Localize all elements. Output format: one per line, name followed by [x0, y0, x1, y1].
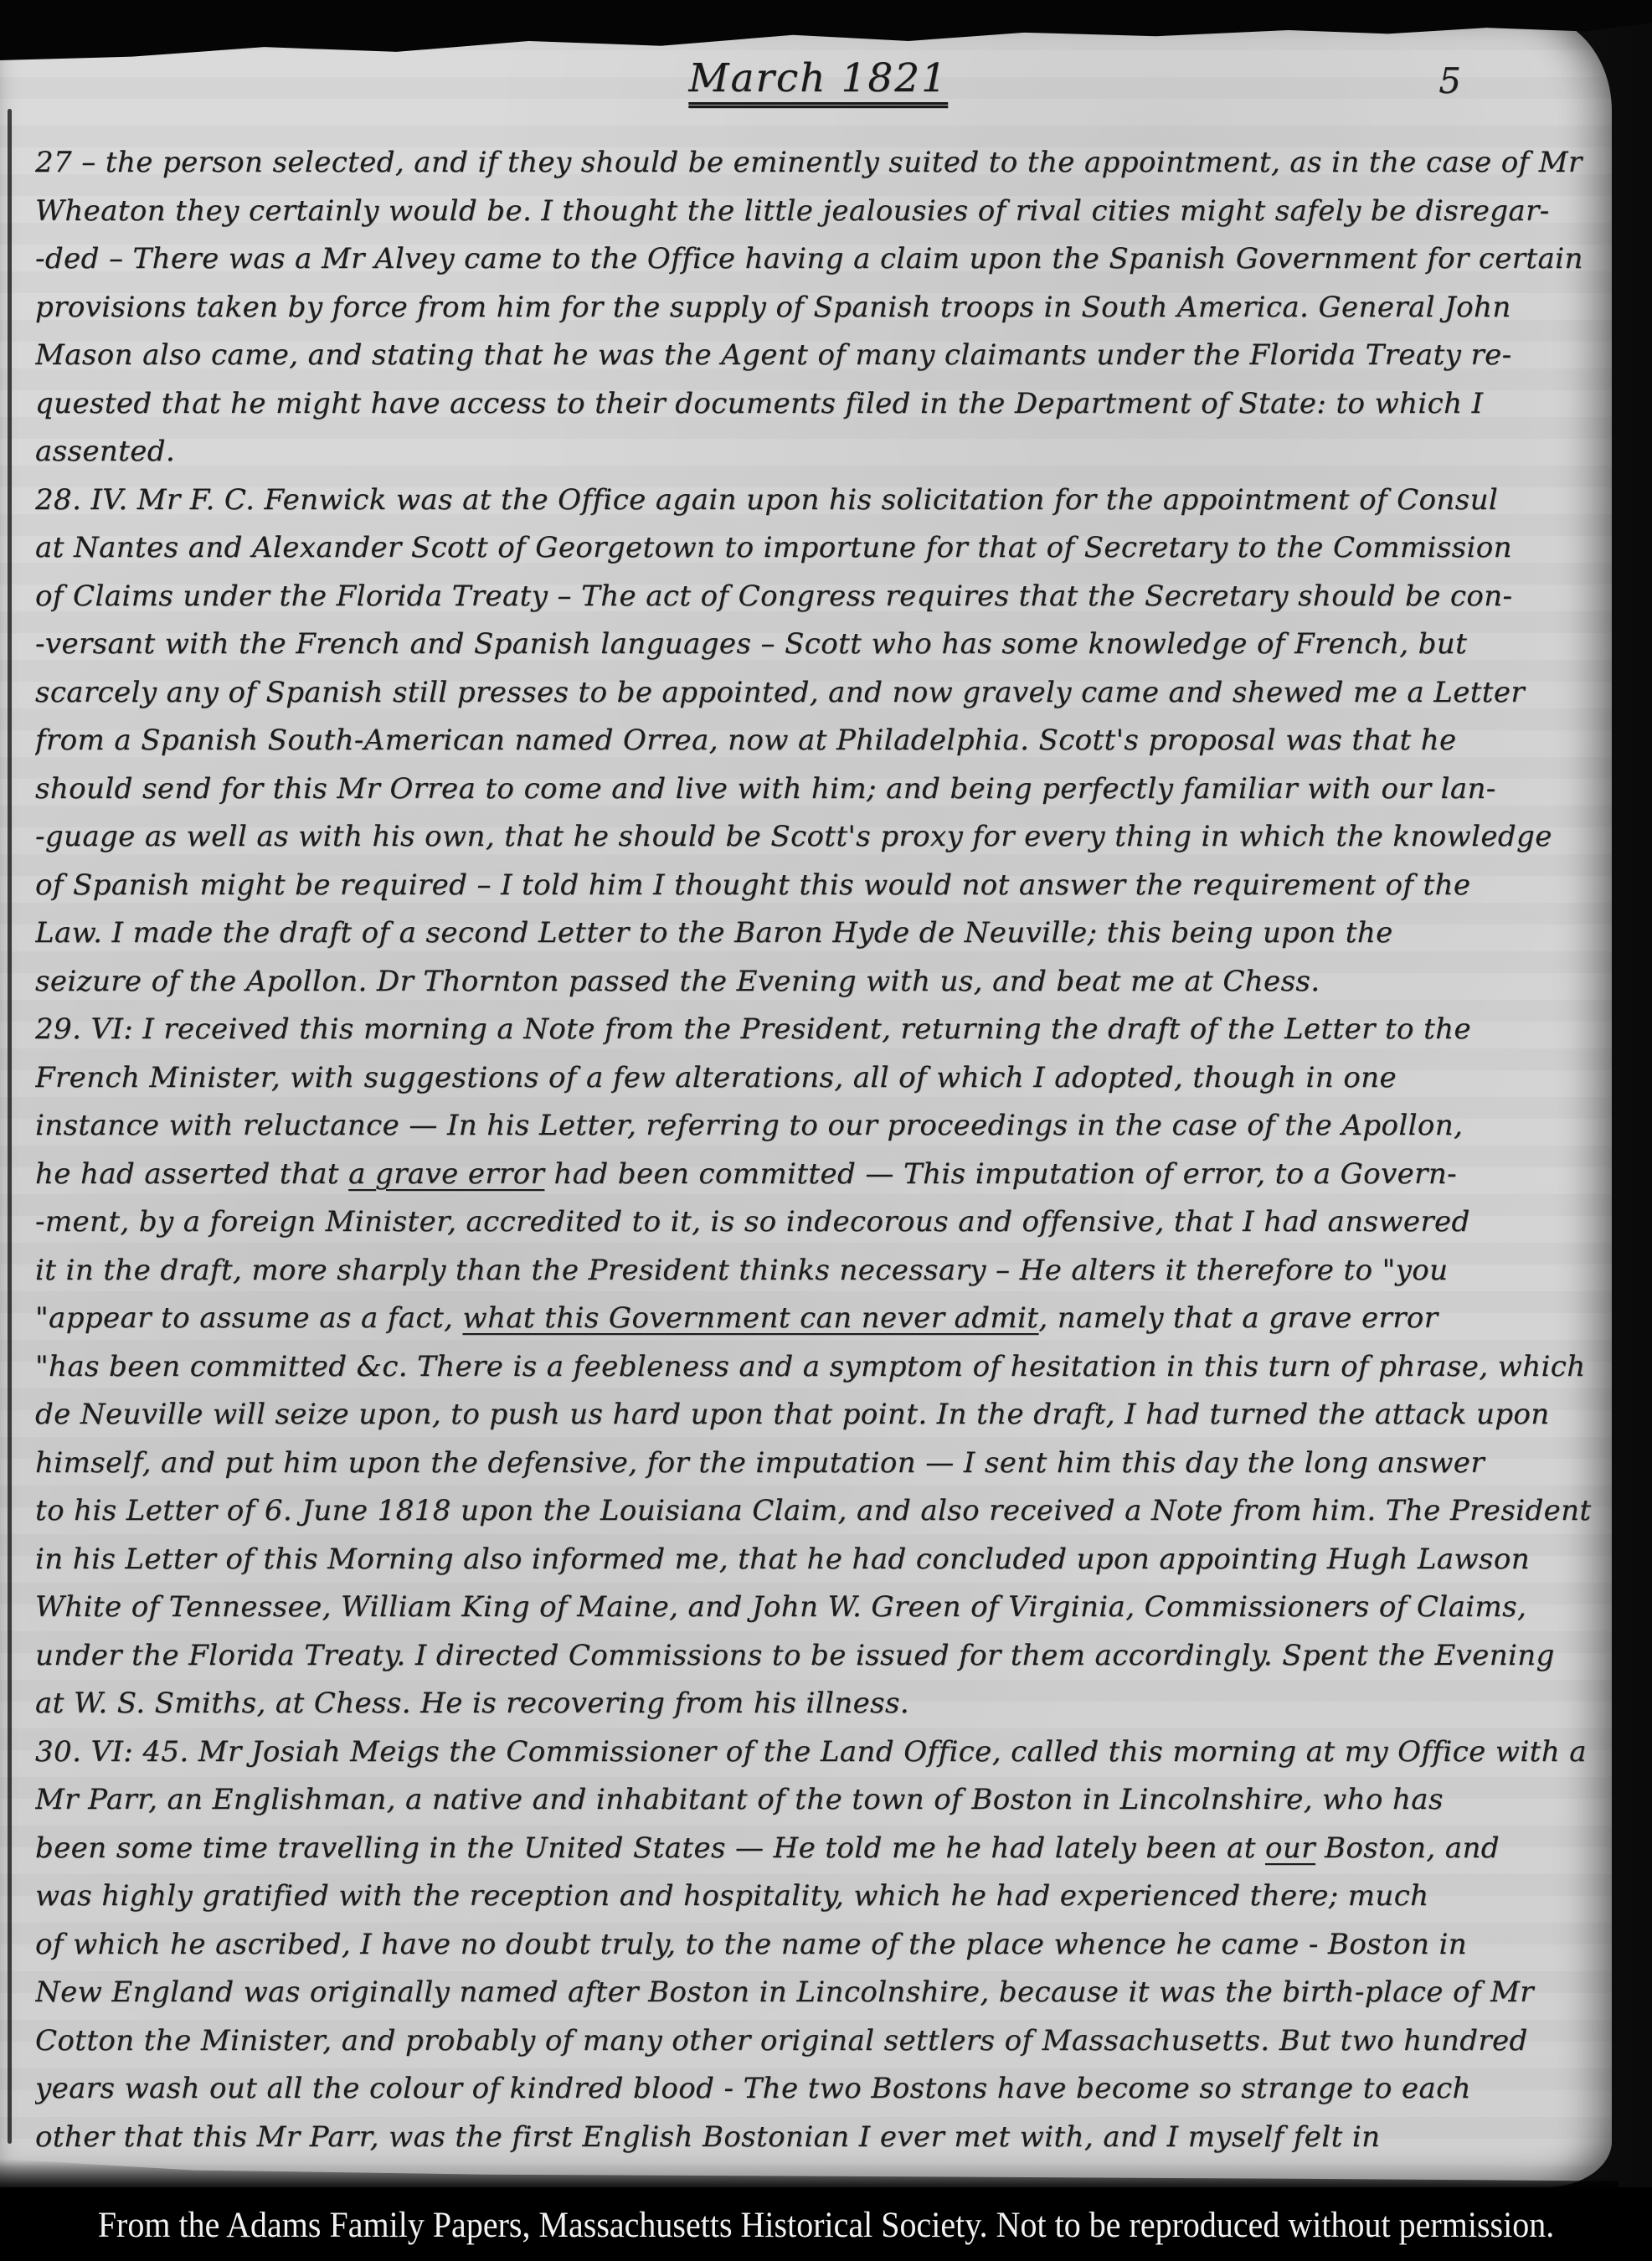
- manuscript-line: scarcely any of Spanish still presses to…: [35, 669, 1597, 718]
- line-text: 27 – the person selected, and if they sh…: [35, 146, 1583, 179]
- line-text: Boston, and: [1315, 1831, 1500, 1865]
- line-text: of which he ascribed, I have no doubt tr…: [35, 1928, 1467, 1961]
- manuscript-line: of Spanish might be required – I told hi…: [35, 862, 1597, 910]
- manuscript-line: Mr Parr, an Englishman, a native and inh…: [35, 1776, 1597, 1825]
- line-text: it in the draft, more sharply than the P…: [35, 1254, 1448, 1287]
- manuscript-line: "appear to assume as a fact, what this G…: [35, 1295, 1597, 1343]
- credit-caption: From the Adams Family Papers, Massachuse…: [98, 2203, 1554, 2246]
- line-text: at W. S. Smiths, at Chess. He is recover…: [35, 1687, 909, 1720]
- line-text: Law. I made the draft of a second Letter…: [35, 916, 1393, 950]
- line-text: New England was originally named after B…: [35, 1975, 1534, 2009]
- line-text: to his Letter of 6. June 1818 upon the L…: [35, 1494, 1592, 1527]
- line-text: quested that he might have access to the…: [35, 387, 1483, 420]
- manuscript-line: other that this Mr Parr, was the first E…: [35, 2114, 1597, 2162]
- line-text: French Minister, with suggestions of a f…: [35, 1061, 1397, 1094]
- manuscript-line: at Nantes and Alexander Scott of Georget…: [35, 524, 1597, 573]
- line-text: had been committed — This imputation of …: [544, 1157, 1457, 1191]
- manuscript-line: "has been committed &c. There is a feebl…: [35, 1343, 1597, 1392]
- manuscript-line: at W. S. Smiths, at Chess. He is recover…: [35, 1680, 1597, 1728]
- line-text: Wheaton they certainly would be. I thoug…: [35, 194, 1550, 228]
- line-text: Mr Parr, an Englishman, a native and inh…: [35, 1783, 1444, 1816]
- underlined-phrase: our: [1265, 1831, 1315, 1865]
- line-text: de Neuville will seize upon, to push us …: [35, 1398, 1550, 1431]
- line-text: of Spanish might be required – I told hi…: [35, 868, 1470, 902]
- line-text: from a Spanish South-American named Orre…: [35, 724, 1457, 757]
- line-text: 29. VI: I received this morning a Note f…: [35, 1012, 1471, 1046]
- line-text: was highly gratified with the reception …: [35, 1879, 1428, 1913]
- manuscript-line: -versant with the French and Spanish lan…: [35, 621, 1597, 669]
- manuscript-line: provisions taken by force from him for t…: [35, 284, 1597, 332]
- manuscript-lines: 27 – the person selected, and if they sh…: [35, 139, 1597, 2177]
- manuscript-line: under the Florida Treaty. I directed Com…: [35, 1632, 1597, 1681]
- line-text: himself, and put him upon the defensive,…: [35, 1446, 1485, 1480]
- manuscript-line: 27 – the person selected, and if they sh…: [35, 139, 1597, 188]
- line-text: other that this Mr Parr, was the first E…: [35, 2120, 1380, 2154]
- line-text: "appear to assume as a fact,: [35, 1301, 462, 1335]
- manuscript-line: Mason also came, and stating that he was…: [35, 332, 1597, 380]
- page-number: 5: [1438, 60, 1461, 101]
- manuscript-line: seizure of the Apollon. Dr Thornton pass…: [35, 958, 1597, 1007]
- manuscript-line: -guage as well as with his own, that he …: [35, 813, 1597, 862]
- line-text: assented.: [35, 435, 175, 468]
- line-text: should send for this Mr Orrea to come an…: [35, 772, 1496, 806]
- manuscript-line: he had asserted that a grave error had b…: [35, 1151, 1597, 1199]
- manuscript-line: Law. I made the draft of a second Letter…: [35, 909, 1597, 958]
- book-edge-line: [8, 109, 12, 2144]
- manuscript-line: assented.: [35, 428, 1597, 476]
- line-text: Mason also came, and stating that he was…: [35, 338, 1512, 372]
- manuscript-line: should send for this Mr Orrea to come an…: [35, 765, 1597, 814]
- manuscript-line: -ment, by a foreign Minister, accredited…: [35, 1198, 1597, 1247]
- manuscript-line: 30. VI: 45. Mr Josiah Meigs the Commissi…: [35, 1728, 1597, 1777]
- manuscript-line: himself, and put him upon the defensive,…: [35, 1440, 1597, 1488]
- page-header: March 1821 5: [0, 55, 1652, 131]
- line-text: of Claims under the Florida Treaty – The…: [35, 579, 1512, 613]
- manuscript-line: New England was originally named after B…: [35, 1969, 1597, 2017]
- line-text: -ment, by a foreign Minister, accredited…: [35, 1205, 1470, 1239]
- line-text: scarcely any of Spanish still presses to…: [35, 676, 1525, 709]
- manuscript-line: -ded – There was a Mr Alvey came to the …: [35, 235, 1597, 284]
- manuscript-line: 29. VI: I received this morning a Note f…: [35, 1006, 1597, 1054]
- manuscript-line: Wheaton they certainly would be. I thoug…: [35, 188, 1597, 236]
- underlined-phrase: a grave error: [348, 1157, 544, 1191]
- manuscript-line: been some time travelling in the United …: [35, 1825, 1597, 1873]
- manuscript-line: in his Letter of this Morning also infor…: [35, 1536, 1597, 1584]
- credit-band: From the Adams Family Papers, Massachuse…: [0, 2187, 1652, 2261]
- manuscript-line: from a Spanish South-American named Orre…: [35, 717, 1597, 765]
- line-text: under the Florida Treaty. I directed Com…: [35, 1639, 1555, 1672]
- manuscript-line: was highly gratified with the reception …: [35, 1872, 1597, 1921]
- line-text: -ded – There was a Mr Alvey came to the …: [35, 242, 1583, 276]
- manuscript-line: French Minister, with suggestions of a f…: [35, 1054, 1597, 1103]
- line-text: -guage as well as with his own, that he …: [35, 820, 1552, 853]
- line-text: Cotton the Minister, and probably of man…: [35, 2024, 1528, 2058]
- manuscript-line: it in the draft, more sharply than the P…: [35, 1247, 1597, 1295]
- line-text: White of Tennessee, William King of Main…: [35, 1590, 1526, 1624]
- line-text: instance with reluctance — In his Letter…: [35, 1109, 1463, 1142]
- manuscript-line: years wash out all the colour of kindred…: [35, 2065, 1597, 2114]
- line-text: in his Letter of this Morning also infor…: [35, 1543, 1530, 1576]
- manuscript-line: quested that he might have access to the…: [35, 380, 1597, 429]
- line-text: seizure of the Apollon. Dr Thornton pass…: [35, 965, 1320, 998]
- line-text: provisions taken by force from him for t…: [35, 291, 1511, 324]
- underlined-phrase: what this Government can never admit: [462, 1301, 1038, 1335]
- manuscript-line: 28. IV. Mr F. C. Fenwick was at the Offi…: [35, 476, 1597, 525]
- manuscript-line: to his Letter of 6. June 1818 upon the L…: [35, 1487, 1597, 1536]
- manuscript-line: de Neuville will seize upon, to push us …: [35, 1391, 1597, 1440]
- manuscript-line: of which he ascribed, I have no doubt tr…: [35, 1921, 1597, 1970]
- page-title: March 1821: [688, 55, 948, 101]
- line-text: been some time travelling in the United …: [35, 1831, 1265, 1865]
- line-text: -versant with the French and Spanish lan…: [35, 627, 1467, 661]
- line-text: he had asserted that: [35, 1157, 348, 1191]
- manuscript-scan: March 1821 5 27 – the person selected, a…: [0, 0, 1652, 2261]
- line-text: 28. IV. Mr F. C. Fenwick was at the Offi…: [35, 483, 1498, 517]
- line-text: years wash out all the colour of kindred…: [35, 2072, 1471, 2105]
- manuscript-line: instance with reluctance — In his Letter…: [35, 1102, 1597, 1151]
- manuscript-line: Cotton the Minister, and probably of man…: [35, 2017, 1597, 2066]
- line-text: "has been committed &c. There is a feebl…: [35, 1350, 1586, 1383]
- manuscript-line: White of Tennessee, William King of Main…: [35, 1584, 1597, 1632]
- line-text: , namely that a grave error: [1038, 1301, 1438, 1335]
- line-text: at Nantes and Alexander Scott of Georget…: [35, 531, 1512, 564]
- manuscript-line: of Claims under the Florida Treaty – The…: [35, 573, 1597, 621]
- line-text: 30. VI: 45. Mr Josiah Meigs the Commissi…: [35, 1735, 1587, 1769]
